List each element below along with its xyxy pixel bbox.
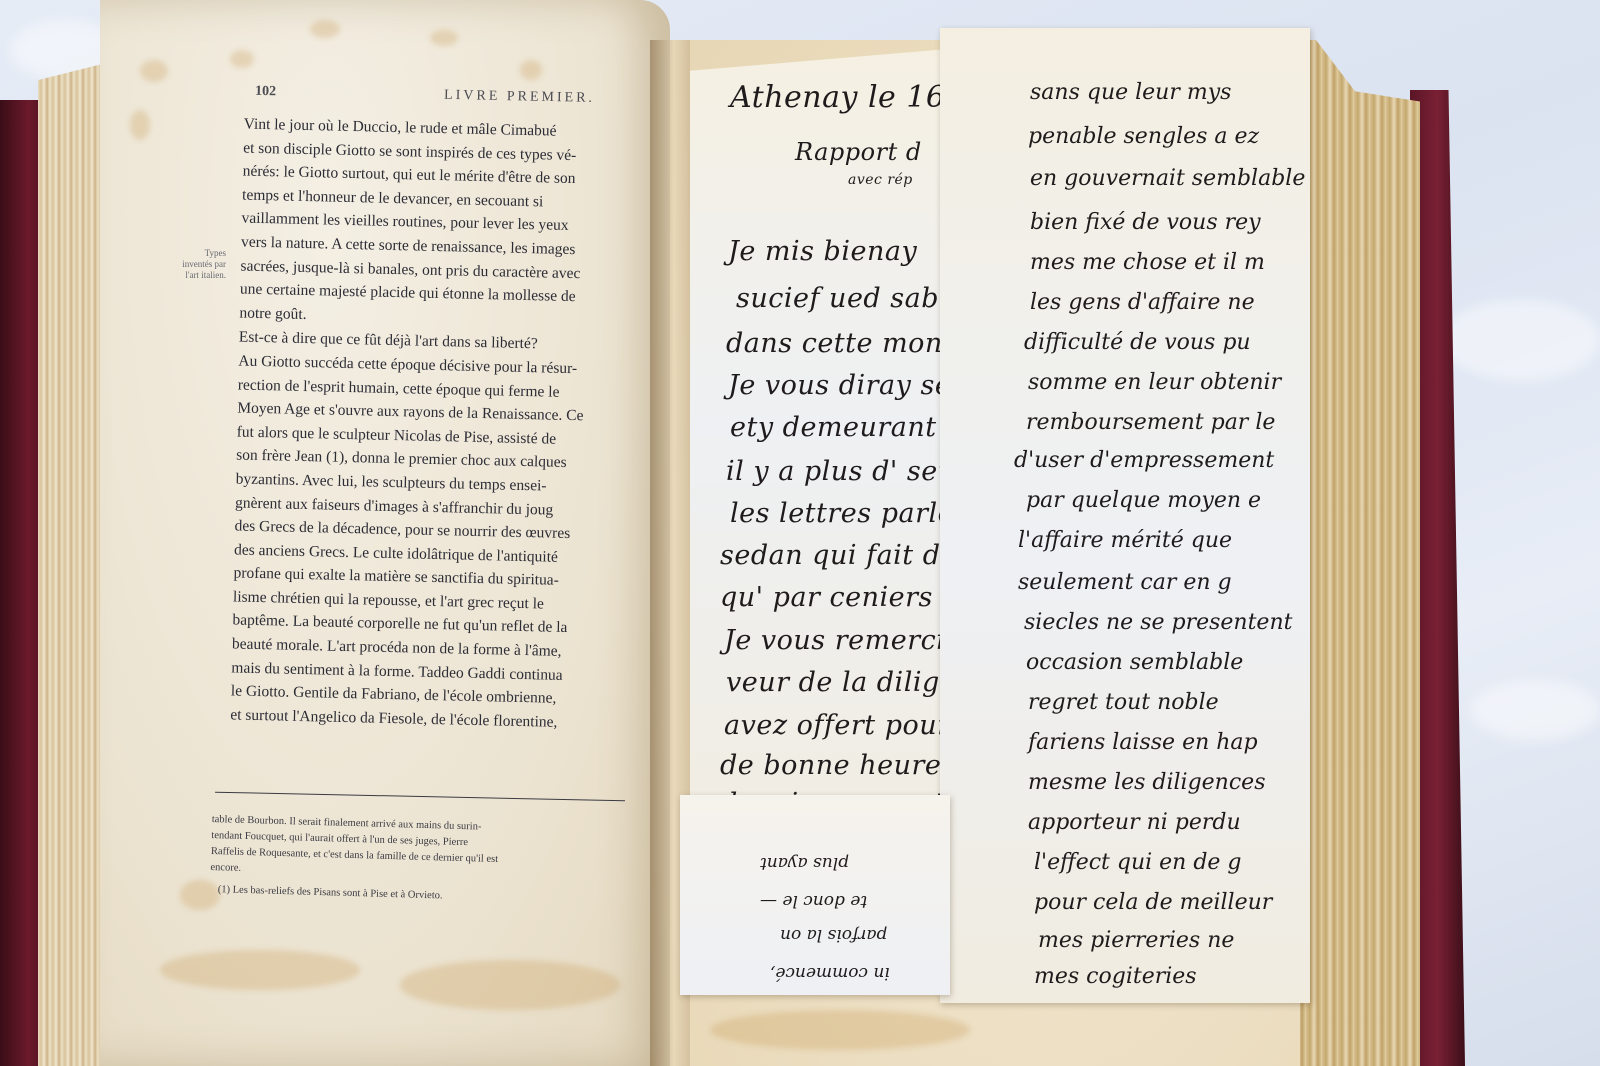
running-head-title: LIVRE PREMIER. (444, 88, 595, 107)
foxing-stain (710, 1010, 970, 1050)
foxing-stain (160, 950, 360, 990)
foxing-stain (130, 110, 150, 140)
foxing-stain (520, 60, 542, 80)
letter-heading: Athenay le 16 (730, 80, 946, 115)
letter-subheading: Rapport d (795, 138, 922, 166)
foxing-stain (310, 20, 340, 38)
foxing-stain (230, 50, 254, 68)
folded-letter-flap: plus ayant te donc le — parfois la on in… (680, 795, 950, 995)
foxing-stain (430, 30, 458, 46)
handwritten-letter-right: sans que leur mys penable sengles a ez e… (940, 28, 1310, 1003)
running-head: 102 LIVRE PREMIER. (255, 84, 655, 108)
cloth-fold (1470, 680, 1600, 740)
page-number: 102 (255, 84, 276, 100)
footnote-1: (1) Les bas-reliefs des Pisans sont à Pi… (210, 882, 625, 910)
paragraph-2: Est-ce à dire que ce fût déjà l'art dans… (206, 325, 630, 735)
printed-page: 102 LIVRE PREMIER. Types inventés par l'… (100, 0, 670, 1066)
paragraph-1: Vint le jour où le Duccio, le rude et mâ… (215, 112, 635, 334)
footnotes: table de Bourbon. Il serait finalement a… (210, 812, 627, 910)
cloth-fold (1440, 300, 1600, 380)
letter-subheading-2: avec rép (848, 172, 913, 188)
foxing-stain (140, 60, 168, 82)
footnote-rule (215, 792, 625, 802)
body-text: Vint le jour où le Duccio, le rude et mâ… (206, 112, 635, 736)
handwritten-letter-left: Athenay le 16 Rapport d avec rép Je mis … (690, 48, 960, 808)
foxing-stain (400, 960, 620, 1010)
